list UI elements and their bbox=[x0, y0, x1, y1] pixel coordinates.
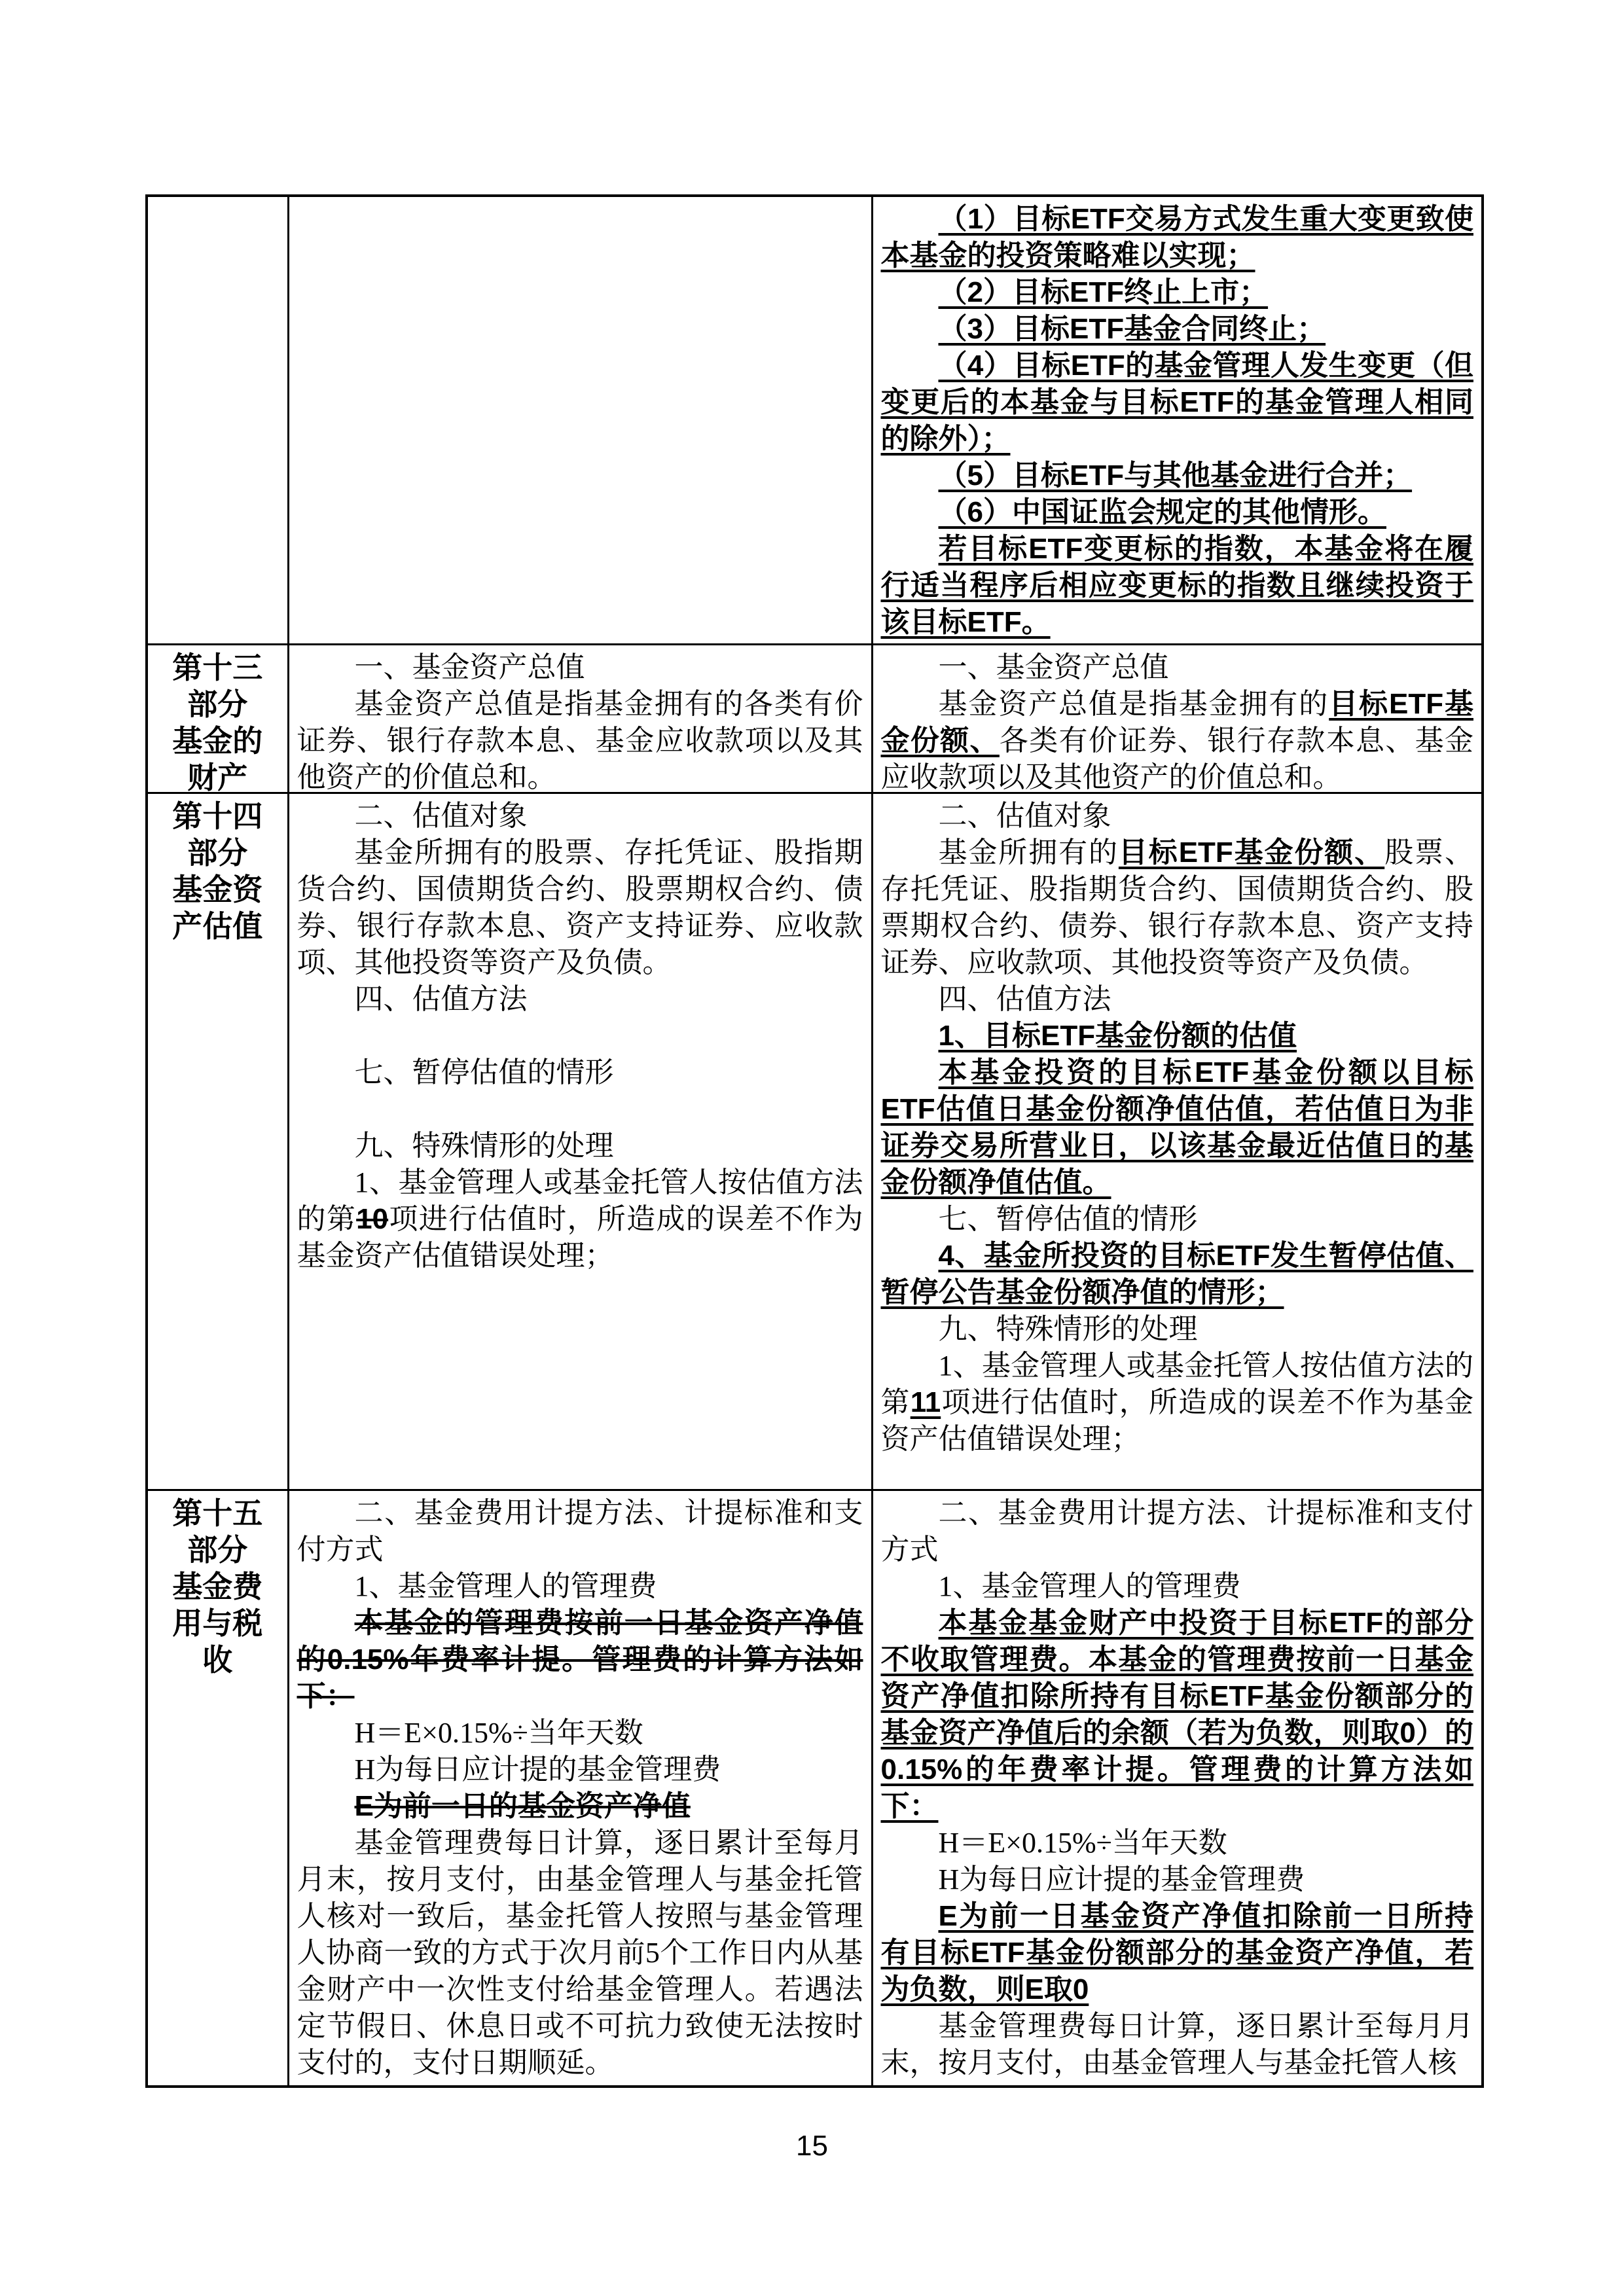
text-run: H＝E×0.15%÷当年天数 bbox=[355, 1717, 643, 1749]
text-run: 基金资产总值是指基金拥有的 bbox=[939, 688, 1329, 720]
section-title-cell bbox=[147, 196, 288, 645]
paragraph: 1、基金管理人或基金托管人按估值方法的第10项进行估值时，所造成的误差不作为基金… bbox=[297, 1164, 863, 1274]
text-run: 基金管理费每日计算，逐日累计至每月月末，按月支付，由基金管理人与基金托管人核 bbox=[881, 2010, 1474, 2079]
inserted-text: （3）目标ETF基金合同终止； bbox=[939, 313, 1326, 345]
text-run: 四、估值方法 bbox=[355, 983, 528, 1015]
paragraph: 基金所拥有的股票、存托凭证、股指期货合约、国债期货合约、股票期权合约、债券、银行… bbox=[297, 834, 863, 981]
inserted-text: （4）目标ETF的基金管理人发生变更（但变更后的本基金与目标ETF的基金管理人相… bbox=[881, 350, 1474, 455]
original-text-cell: 二、估值对象基金所拥有的股票、存托凭证、股指期货合约、国债期货合约、股票期权合约… bbox=[288, 793, 872, 1490]
paragraph: 七、暂停估值的情形 bbox=[881, 1201, 1474, 1238]
section-title-cell: 第十四 部分 基金资 产估值 bbox=[147, 793, 288, 1490]
cell-content: 二、基金费用计提方法、计提标准和支付方式1、基金管理人的管理费本基金基金财产中投… bbox=[873, 1491, 1482, 2085]
table-row: （1）目标ETF交易方式发生重大变更致使本基金的投资策略难以实现；（2）目标ET… bbox=[147, 196, 1483, 645]
section-title: 第十四 部分 基金资 产估值 bbox=[148, 794, 287, 1489]
table-row: 第十四 部分 基金资 产估值二、估值对象基金所拥有的股票、存托凭证、股指期货合约… bbox=[147, 793, 1483, 1490]
paragraph: 本基金的管理费按前一日基金资产净值的0.15%年费率计提。管理费的计算方法如下： bbox=[297, 1605, 863, 1715]
paragraph: 二、基金费用计提方法、计提标准和支付方式 bbox=[297, 1495, 863, 1568]
text-run: 一、基金资产总值 bbox=[939, 651, 1169, 683]
text-run: H为每日应计提的基金管理费 bbox=[355, 1753, 721, 1785]
revised-text-cell: 一、基金资产总值基金资产总值是指基金拥有的目标ETF基金份额、各类有价证券、银行… bbox=[872, 645, 1483, 793]
paragraph: H为每日应计提的基金管理费 bbox=[297, 1751, 863, 1788]
text-run: 基金所拥有的股票、存托凭证、股指期货合约、国债期货合约、股票期权合约、债券、银行… bbox=[297, 836, 863, 978]
cell-content: 一、基金资产总值基金资产总值是指基金拥有的目标ETF基金份额、各类有价证券、银行… bbox=[873, 645, 1482, 792]
paragraph: 九、特殊情形的处理 bbox=[881, 1311, 1474, 1348]
inserted-text: 11 bbox=[911, 1386, 941, 1418]
revision-comparison-table: （1）目标ETF交易方式发生重大变更致使本基金的投资策略难以实现；（2）目标ET… bbox=[145, 194, 1484, 2088]
text-run: 二、估值对象 bbox=[355, 800, 528, 832]
page-number: 15 bbox=[0, 2130, 1624, 2162]
inserted-text: （6）中国证监会规定的其他情形。 bbox=[939, 496, 1386, 528]
inserted-text: 4、基金所投资的目标ETF发生暂停估值、暂停公告基金份额净值的情形； bbox=[881, 1240, 1474, 1308]
section-title: 第十三 部分 基金的 财产 bbox=[148, 645, 287, 792]
text-run: 基金所拥有的 bbox=[939, 836, 1119, 869]
paragraph: 若目标ETF变更标的指数，本基金将在履行适当程序后相应变更标的指数且继续投资于该… bbox=[881, 531, 1474, 641]
paragraph: H＝E×0.15%÷当年天数 bbox=[297, 1715, 863, 1751]
paragraph: 基金管理费每日计算，逐日累计至每月月末，按月支付，由基金管理人与基金托管人核对一… bbox=[297, 1825, 863, 2081]
comparison-table-body: （1）目标ETF交易方式发生重大变更致使本基金的投资策略难以实现；（2）目标ET… bbox=[147, 196, 1483, 2087]
paragraph: （2）目标ETF终止上市； bbox=[881, 274, 1474, 311]
inserted-text: 本基金基金财产中投资于目标ETF的部分不收取管理费。本基金的管理费按前一日基金资… bbox=[881, 1607, 1474, 1822]
text-run: 基金管理费每日计算，逐日累计至每月月末，按月支付，由基金管理人与基金托管人核对一… bbox=[297, 1827, 863, 2079]
paragraph: 4、基金所投资的目标ETF发生暂停估值、暂停公告基金份额净值的情形； bbox=[881, 1238, 1474, 1311]
paragraph: 七、暂停估值的情形 bbox=[297, 1054, 863, 1091]
original-text-cell: 二、基金费用计提方法、计提标准和支付方式1、基金管理人的管理费本基金的管理费按前… bbox=[288, 1490, 872, 2087]
cell-content: 一、基金资产总值基金资产总值是指基金拥有的各类有价证券、银行存款本息、基金应收款… bbox=[289, 645, 871, 792]
deleted-text: 本基金的管理费按前一日基金资产净值的0.15%年费率计提。管理费的计算方法如下： bbox=[297, 1607, 863, 1712]
inserted-text: 若目标ETF变更标的指数，本基金将在履行适当程序后相应变更标的指数且继续投资于该… bbox=[881, 533, 1474, 638]
paragraph bbox=[297, 1018, 863, 1054]
inserted-text: （5）目标ETF与其他基金进行合并； bbox=[939, 459, 1413, 492]
paragraph: 基金资产总值是指基金拥有的各类有价证券、银行存款本息、基金应收款项以及其他资产的… bbox=[297, 686, 863, 792]
text-run: 项进行估值时，所造成的误差不作为基金资产估值错误处理； bbox=[881, 1386, 1474, 1455]
revised-text-cell: 二、估值对象基金所拥有的目标ETF基金份额、股票、存托凭证、股指期货合约、国债期… bbox=[872, 793, 1483, 1490]
revised-text-cell: （1）目标ETF交易方式发生重大变更致使本基金的投资策略难以实现；（2）目标ET… bbox=[872, 196, 1483, 645]
paragraph: 二、估值对象 bbox=[881, 798, 1474, 834]
original-text-cell bbox=[288, 196, 872, 645]
paragraph: 四、估值方法 bbox=[297, 981, 863, 1018]
table-row: 第十五 部分 基金费 用与税 收二、基金费用计提方法、计提标准和支付方式1、基金… bbox=[147, 1490, 1483, 2087]
paragraph: 1、基金管理人或基金托管人按估值方法的第11项进行估值时，所造成的误差不作为基金… bbox=[881, 1348, 1474, 1458]
inserted-text: 1、目标ETF基金份额的估值 bbox=[939, 1020, 1297, 1052]
section-title-cell: 第十三 部分 基金的 财产 bbox=[147, 645, 288, 793]
text-run: 七、暂停估值的情形 bbox=[939, 1203, 1198, 1235]
paragraph: H为每日应计提的基金管理费 bbox=[881, 1861, 1474, 1898]
paragraph: 一、基金资产总值 bbox=[297, 649, 863, 686]
text-run: 一、基金资产总值 bbox=[355, 651, 585, 683]
paragraph: 1、基金管理人的管理费 bbox=[297, 1568, 863, 1605]
paragraph: 1、基金管理人的管理费 bbox=[881, 1568, 1474, 1605]
text-run: 二、估值对象 bbox=[939, 800, 1111, 832]
cell-content bbox=[289, 197, 871, 643]
text-run: 九、特殊情形的处理 bbox=[355, 1130, 614, 1162]
paragraph: 本基金基金财产中投资于目标ETF的部分不收取管理费。本基金的管理费按前一日基金资… bbox=[881, 1605, 1474, 1825]
inserted-text: E为前一日基金资产净值扣除前一日所持有目标ETF基金份额部分的基金资产净值，若为… bbox=[881, 1900, 1474, 2005]
paragraph: （5）目标ETF与其他基金进行合并； bbox=[881, 457, 1474, 494]
paragraph: 四、估值方法 bbox=[881, 981, 1474, 1018]
text-run: 四、估值方法 bbox=[939, 983, 1111, 1015]
paragraph: （6）中国证监会规定的其他情形。 bbox=[881, 494, 1474, 531]
paragraph: H＝E×0.15%÷当年天数 bbox=[881, 1825, 1474, 1861]
inserted-text: （1）目标ETF交易方式发生重大变更致使本基金的投资策略难以实现； bbox=[881, 203, 1474, 272]
paragraph: 基金所拥有的目标ETF基金份额、股票、存托凭证、股指期货合约、国债期货合约、股票… bbox=[881, 834, 1474, 981]
cell-content: 二、估值对象基金所拥有的目标ETF基金份额、股票、存托凭证、股指期货合约、国债期… bbox=[873, 794, 1482, 1489]
paragraph: 本基金投资的目标ETF基金份额以目标ETF估值日基金份额净值估值，若估值日为非证… bbox=[881, 1054, 1474, 1201]
section-title bbox=[148, 197, 287, 643]
paragraph: 二、估值对象 bbox=[297, 798, 863, 834]
paragraph: 二、基金费用计提方法、计提标准和支付方式 bbox=[881, 1495, 1474, 1568]
paragraph: 基金资产总值是指基金拥有的目标ETF基金份额、各类有价证券、银行存款本息、基金应… bbox=[881, 686, 1474, 792]
section-title-cell: 第十五 部分 基金费 用与税 收 bbox=[147, 1490, 288, 2087]
paragraph: （1）目标ETF交易方式发生重大变更致使本基金的投资策略难以实现； bbox=[881, 201, 1474, 274]
paragraph: （3）目标ETF基金合同终止； bbox=[881, 311, 1474, 348]
text-run: 七、暂停估值的情形 bbox=[355, 1056, 614, 1088]
inserted-text: 本基金投资的目标ETF基金份额以目标ETF估值日基金份额净值估值，若估值日为非证… bbox=[881, 1056, 1474, 1198]
paragraph: 一、基金资产总值 bbox=[881, 649, 1474, 686]
revised-text-cell: 二、基金费用计提方法、计提标准和支付方式1、基金管理人的管理费本基金基金财产中投… bbox=[872, 1490, 1483, 2087]
paragraph: E为前一日基金资产净值扣除前一日所持有目标ETF基金份额部分的基金资产净值，若为… bbox=[881, 1898, 1474, 2008]
deleted-text: E为前一日的基金资产净值 bbox=[355, 1790, 691, 1822]
original-text-cell: 一、基金资产总值基金资产总值是指基金拥有的各类有价证券、银行存款本息、基金应收款… bbox=[288, 645, 872, 793]
paragraph: 九、特殊情形的处理 bbox=[297, 1128, 863, 1164]
deleted-text: 10 bbox=[356, 1203, 388, 1235]
paragraph: E为前一日的基金资产净值 bbox=[297, 1788, 863, 1825]
text-run: 基金资产总值是指基金拥有的各类有价证券、银行存款本息、基金应收款项以及其他资产的… bbox=[297, 688, 863, 792]
text-run: 二、基金费用计提方法、计提标准和支付方式 bbox=[881, 1497, 1474, 1566]
inserted-text: 目标ETF基金份额、 bbox=[1119, 836, 1384, 869]
paragraph: （4）目标ETF的基金管理人发生变更（但变更后的本基金与目标ETF的基金管理人相… bbox=[881, 348, 1474, 457]
text-run: 二、基金费用计提方法、计提标准和支付方式 bbox=[297, 1497, 863, 1566]
paragraph bbox=[297, 1091, 863, 1128]
text-run: 1、基金管理人的管理费 bbox=[939, 1570, 1241, 1602]
text-run: 1、基金管理人的管理费 bbox=[355, 1570, 657, 1602]
cell-content: （1）目标ETF交易方式发生重大变更致使本基金的投资策略难以实现；（2）目标ET… bbox=[873, 197, 1482, 643]
paragraph: 基金管理费每日计算，逐日累计至每月月末，按月支付，由基金管理人与基金托管人核 bbox=[881, 2008, 1474, 2081]
text-run: 九、特殊情形的处理 bbox=[939, 1313, 1198, 1345]
text-run: H＝E×0.15%÷当年天数 bbox=[939, 1827, 1227, 1859]
section-title: 第十五 部分 基金费 用与税 收 bbox=[148, 1491, 287, 2085]
cell-content: 二、估值对象基金所拥有的股票、存托凭证、股指期货合约、国债期货合约、股票期权合约… bbox=[289, 794, 871, 1489]
cell-content: 二、基金费用计提方法、计提标准和支付方式1、基金管理人的管理费本基金的管理费按前… bbox=[289, 1491, 871, 2085]
paragraph: 1、目标ETF基金份额的估值 bbox=[881, 1018, 1474, 1054]
inserted-text: （2）目标ETF终止上市； bbox=[939, 276, 1269, 308]
table-row: 第十三 部分 基金的 财产一、基金资产总值基金资产总值是指基金拥有的各类有价证券… bbox=[147, 645, 1483, 793]
text-run: H为每日应计提的基金管理费 bbox=[939, 1863, 1305, 1895]
